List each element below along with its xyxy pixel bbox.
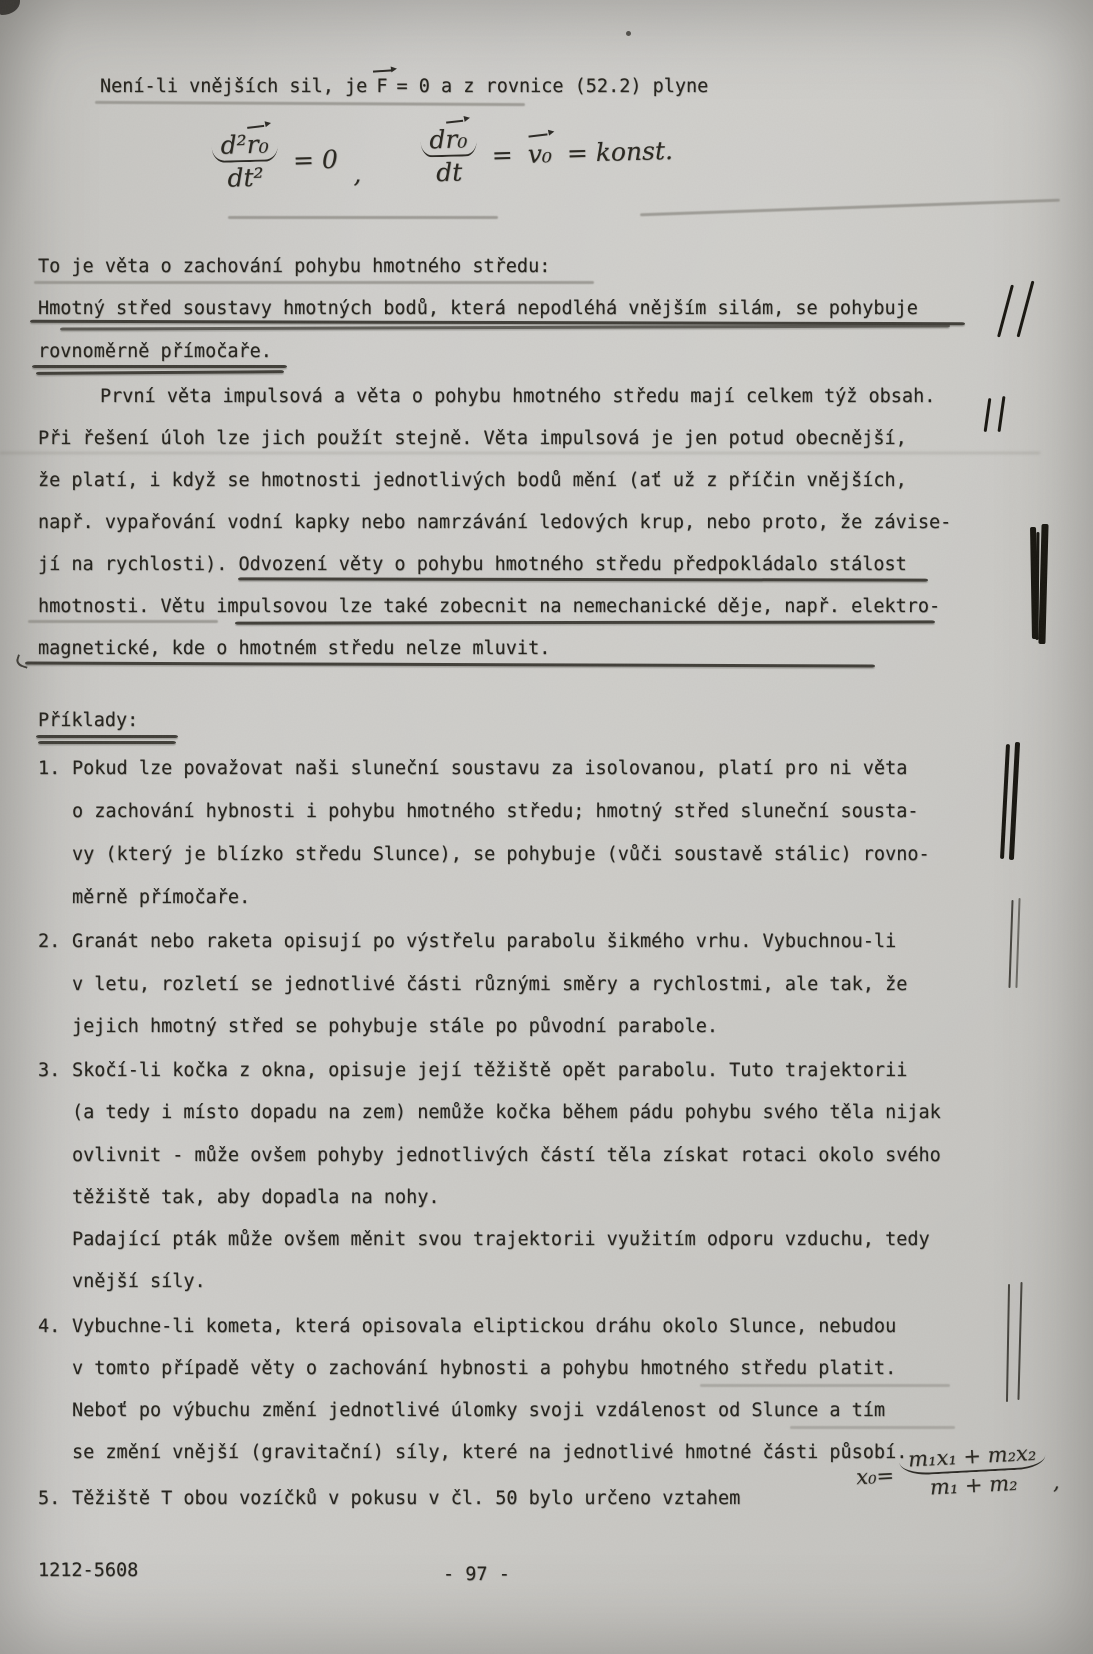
list-item-line: v letu, rozletí se jednotlivé části různ… [72, 976, 907, 995]
scanned-page: Není-li vnějších sil, jeF= 0 a z rovnice… [0, 0, 1093, 1654]
margin-emphasis-mark [1000, 744, 1010, 859]
list-item-line: v tomto případě věty o zachování hybnost… [72, 1360, 896, 1379]
item-number: 4. [38, 1318, 72, 1337]
examples-heading: Příklady: [38, 712, 138, 731]
equals-konst: = konst. [566, 135, 673, 167]
item-number: 3. [38, 1062, 72, 1081]
margin-emphasis-mark [1009, 742, 1020, 860]
fraction-center-of-mass: m₁x₁ + m₂x₂ m₁ + m₂ [899, 1441, 1048, 1500]
list-item-line: vy (který je blízko středu Slunce), se p… [72, 846, 930, 865]
v0-vector: v₀ [527, 139, 552, 169]
corner-smudge [0, 0, 20, 15]
theorem-lead-line: To je věta o zachování pohybu hmotného s… [38, 258, 550, 277]
intro-text-pre: Není-li vnějších sil, je [100, 76, 367, 97]
paragraph-line: že platí, i když se hmotnosti jednotlivý… [38, 472, 907, 491]
list-item-line: Neboť po výbuchu změní jednotlivé úlomky… [72, 1402, 885, 1421]
document-number: 1212-5608 [38, 1562, 138, 1581]
list-item-line: měrně přímočaře. [72, 889, 250, 908]
margin-slash-mark [1017, 281, 1035, 338]
item-number: 5. [38, 1490, 72, 1509]
item-number: 1. [38, 760, 72, 779]
formula-lhs: x₀= [856, 1463, 895, 1489]
margin-line-mark [1015, 898, 1020, 988]
pencil-underline [95, 101, 525, 106]
list-item-line: těžiště tak, aby dopadla na nohy. [72, 1189, 440, 1208]
item-number: 2. [38, 933, 72, 952]
margin-slash-mark [984, 398, 991, 432]
handwritten-formula-x0: x₀= m₁x₁ + m₂x₂ m₁ + m₂ , [855, 1441, 1060, 1503]
fraction-d2r-dt2: d²r₀ dt² [211, 130, 279, 192]
margin-line-mark [1017, 1282, 1022, 1400]
paragraph-line: jí na rychlosti). Odvození věty o pohybu… [38, 556, 907, 575]
paragraph-line: magnetické, kde o hmotném středu nelze m… [38, 640, 550, 659]
ink-speck [626, 31, 631, 36]
list-item: 5.Těžiště T obou vozíčků v pokusu v čl. … [38, 1490, 740, 1509]
pencil-smudge [790, 1426, 955, 1429]
pencil-underline [34, 281, 594, 284]
r0-vector: r₀ [246, 131, 269, 159]
force-vector-symbol: F [376, 78, 387, 97]
list-item: 4.Vybuchne-li kometa, která opisovala el… [38, 1318, 896, 1337]
list-item: 2.Granát nebo raketa opisují po výstřelu… [38, 933, 896, 952]
list-item-line: se změní vnější (gravitační) síly, které… [72, 1444, 907, 1463]
pencil-underline [28, 620, 218, 623]
margin-line-mark [1006, 1284, 1010, 1402]
list-item-line: o zachování hybnosti i pohybu hmotného s… [72, 803, 918, 822]
paragraph-line: např. vypařování vodní kapky nebo namrzá… [38, 514, 951, 533]
pen-underline [38, 741, 176, 744]
pen-underline [235, 620, 935, 624]
page-number: - 97 - [443, 1566, 510, 1585]
r0-vector: r₀ [445, 125, 468, 153]
paragraph-line: První věta impulsová a věta o pohybu hmo… [100, 388, 935, 407]
handwritten-formula: d²r₀ dt² = 0 , dr₀ dt = v₀ = konst. [212, 126, 673, 186]
pencil-smudge [228, 216, 498, 219]
pen-underline [238, 577, 928, 581]
paragraph-line: Při řešení úloh lze jich použít stejně. … [38, 430, 907, 449]
equals-sign: = [491, 140, 513, 170]
list-item-line: vnější síly. [72, 1273, 206, 1292]
pen-underline [36, 735, 178, 738]
list-item: 3.Skočí-li kočka z okna, opisuje její tě… [38, 1062, 907, 1081]
theorem-line-2: rovnoměrně přímočaře. [38, 343, 272, 362]
margin-emphasis-mark [1038, 524, 1048, 644]
pen-underline [32, 365, 287, 368]
list-item: 1.Pokud lze považovat naši sluneční sous… [38, 760, 907, 779]
theorem-line-1: Hmotný střed soustavy hmotných bodů, kte… [38, 300, 918, 319]
list-item-line: jejich hmotný střed se pohybuje stále po… [72, 1018, 718, 1037]
paragraph-line: hmotnosti. Větu impulsovou lze také zobe… [38, 598, 940, 617]
pen-underline [25, 662, 875, 667]
margin-slash-mark [997, 285, 1014, 338]
pencil-smudge [700, 1384, 950, 1387]
paper-crease [0, 452, 1040, 454]
margin-line-mark [1008, 900, 1013, 988]
list-item-line: (a tedy i místo dopadu na zem) nemůže ko… [72, 1104, 941, 1123]
fraction-dr-dt: dr₀ dt [420, 125, 478, 186]
list-item-line: ovlivnit - může ovšem pohyby jednotlivýc… [72, 1147, 941, 1166]
formula-comma: , [353, 159, 362, 188]
intro-text-post: = 0 a z rovnice (52.2) plyne [396, 76, 708, 97]
pen-underline [60, 324, 950, 330]
intro-line: Není-li vnějších sil, jeF= 0 a z rovnice… [100, 78, 708, 97]
pencil-smudge [640, 199, 1060, 217]
equals-zero: = 0 [293, 144, 339, 174]
underline-arrow-hook [15, 654, 31, 668]
formula-comma: , [1052, 1469, 1060, 1493]
list-item-line: Padající pták může ovšem měnit svou traj… [72, 1231, 930, 1250]
margin-slash-mark [998, 396, 1005, 432]
pen-underline [36, 370, 284, 374]
